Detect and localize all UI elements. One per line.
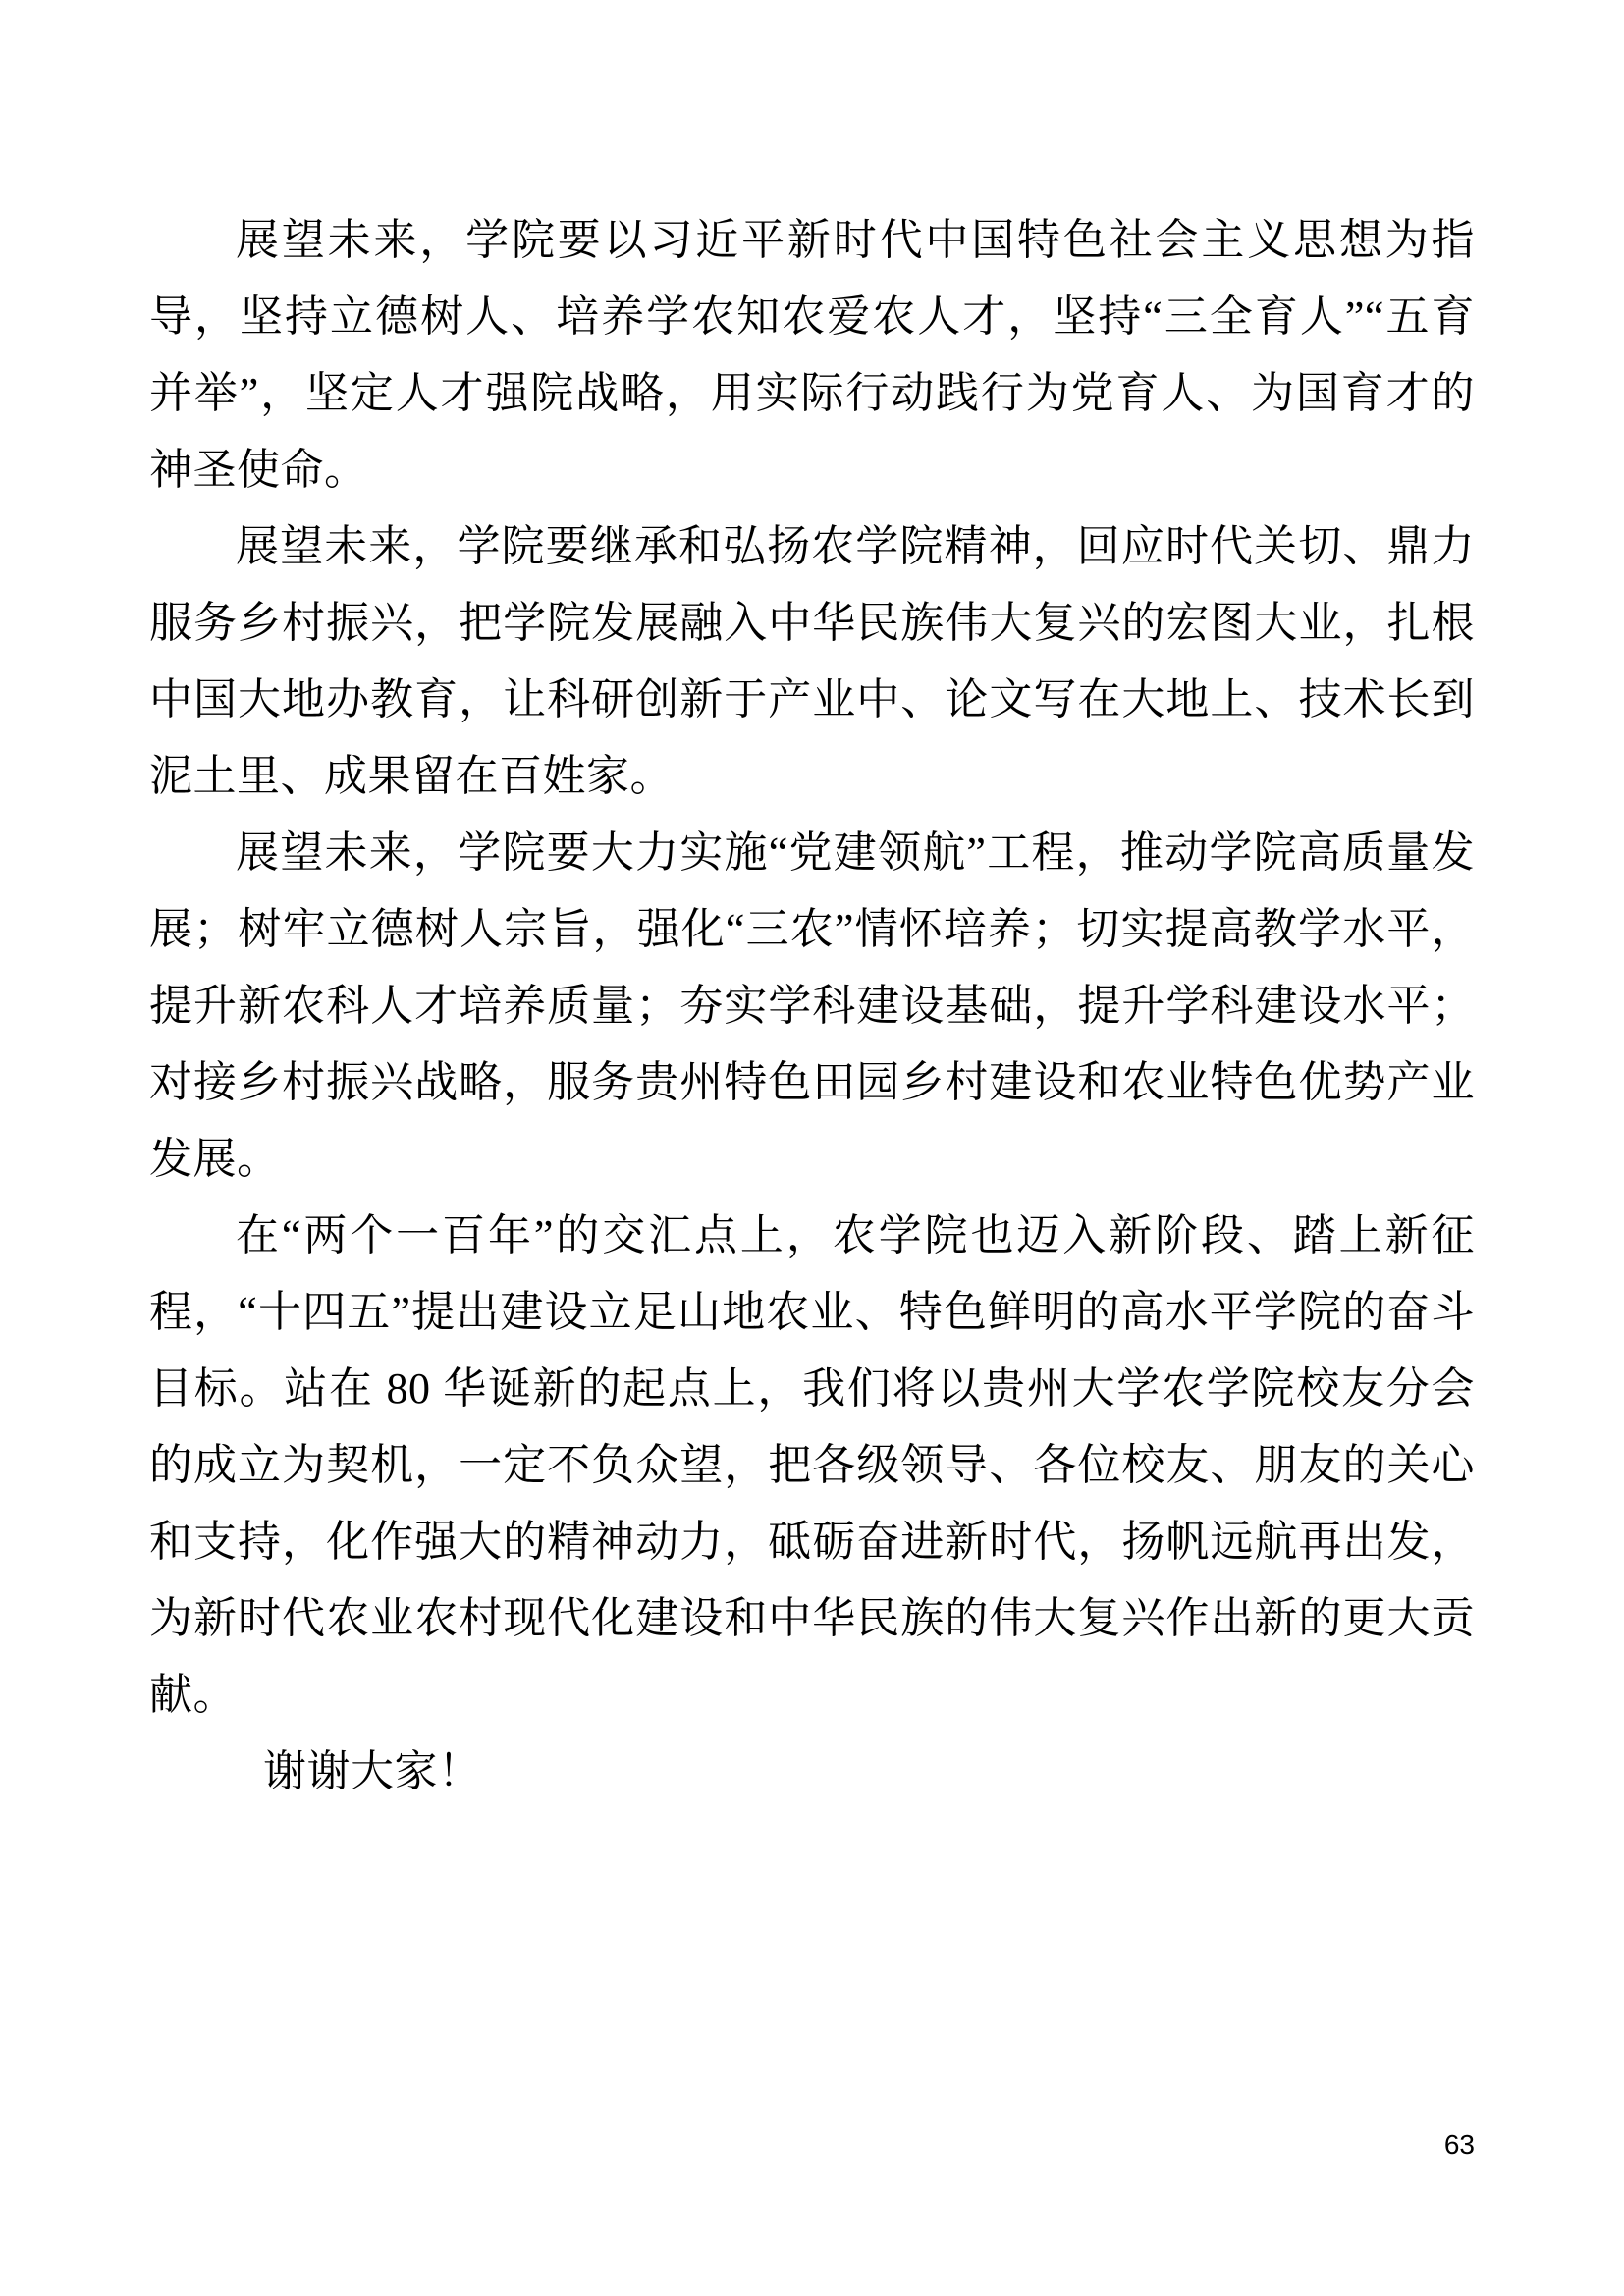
document-page: 展望未来，学院要以习近平新时代中国特色社会主义思想为指导，坚持立德树人、培养学农…	[0, 0, 1624, 2296]
body-paragraph-1: 展望未来，学院要以习近平新时代中国特色社会主义思想为指导，坚持立德树人、培养学农…	[149, 202, 1475, 508]
body-paragraph-4: 在“两个一百年”的交汇点上，农学院也迈入新阶段、踏上新征程，“十四五”提出建设立…	[149, 1198, 1475, 1734]
text-block: 展望未来，学院要以习近平新时代中国特色社会主义思想为指导，坚持立德树人、培养学农…	[149, 202, 1475, 1810]
closing-line: 谢谢大家！	[149, 1734, 1475, 1810]
body-paragraph-2: 展望未来，学院要继承和弘扬农学院精神，回应时代关切、鼎力服务乡村振兴，把学院发展…	[149, 508, 1475, 815]
page-number: 63	[1444, 2128, 1475, 2162]
body-paragraph-3: 展望未来，学院要大力实施“党建领航”工程，推动学院高质量发展；树牢立德树人宗旨，…	[149, 815, 1475, 1198]
